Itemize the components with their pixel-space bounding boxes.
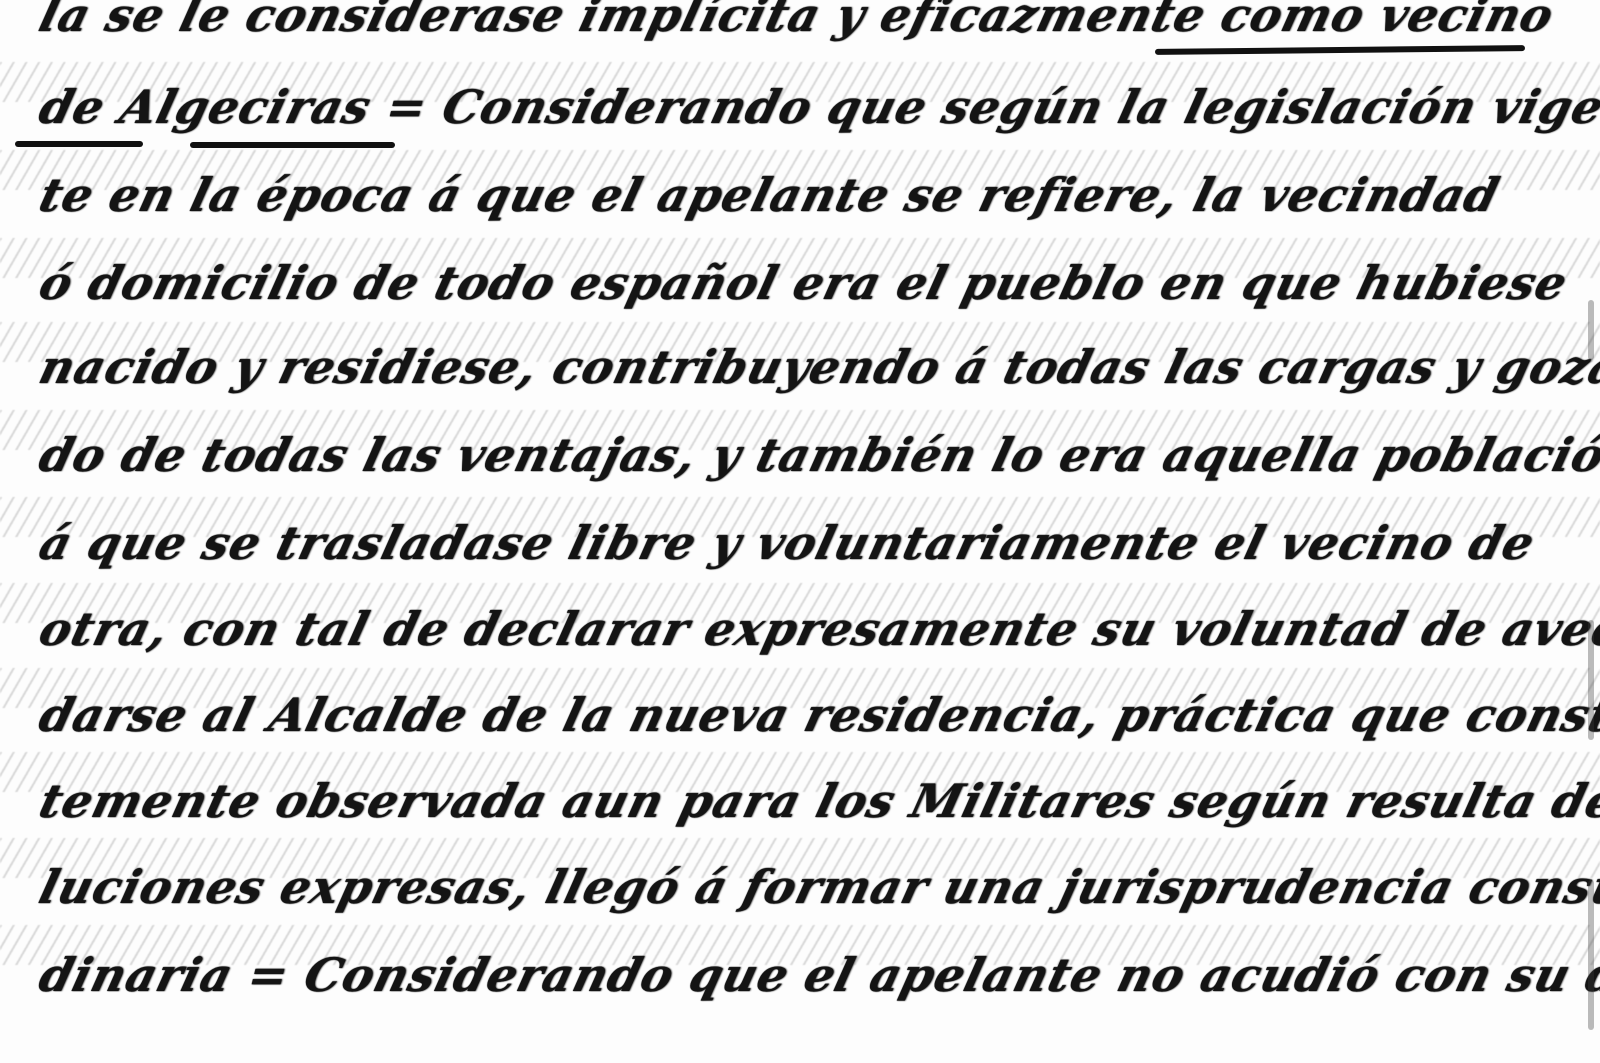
manuscript-line-11: luciones expresas, llegó á formar una ju… — [34, 860, 1557, 914]
manuscript-line-1: la se le considerase implícita y eficazm… — [34, 0, 1557, 42]
underline-de — [15, 141, 143, 147]
manuscript-page: la se le considerase implícita y eficazm… — [0, 0, 1600, 1063]
manuscript-line-12: dinaria = Considerando que el apelante n… — [34, 948, 1557, 1002]
manuscript-line-5: nacido y residiese, contribuyendo á toda… — [34, 340, 1557, 394]
manuscript-line-10: temente observada aun para los Militares… — [34, 774, 1557, 828]
manuscript-line-8: otra, con tal de declarar expresamente s… — [34, 602, 1557, 656]
manuscript-line-2: de Algeciras = Considerando que según la… — [34, 80, 1557, 134]
manuscript-line-7: á que se trasladase libre y voluntariame… — [34, 516, 1557, 570]
manuscript-line-3: te en la época á que el apelante se refi… — [34, 168, 1557, 222]
manuscript-line-9: darse al Alcalde de la nueva residencia,… — [34, 688, 1557, 742]
scan-edge-mark — [1588, 620, 1594, 740]
manuscript-line-6: do de todas las ventajas, y también lo e… — [34, 428, 1557, 482]
underline-como-vecino — [1155, 45, 1525, 55]
manuscript-line-4: ó domicilio de todo español era el puebl… — [34, 256, 1557, 310]
scan-edge-mark — [1588, 880, 1594, 1030]
underline-algeciras — [190, 142, 395, 148]
scan-edge-mark — [1588, 300, 1594, 360]
